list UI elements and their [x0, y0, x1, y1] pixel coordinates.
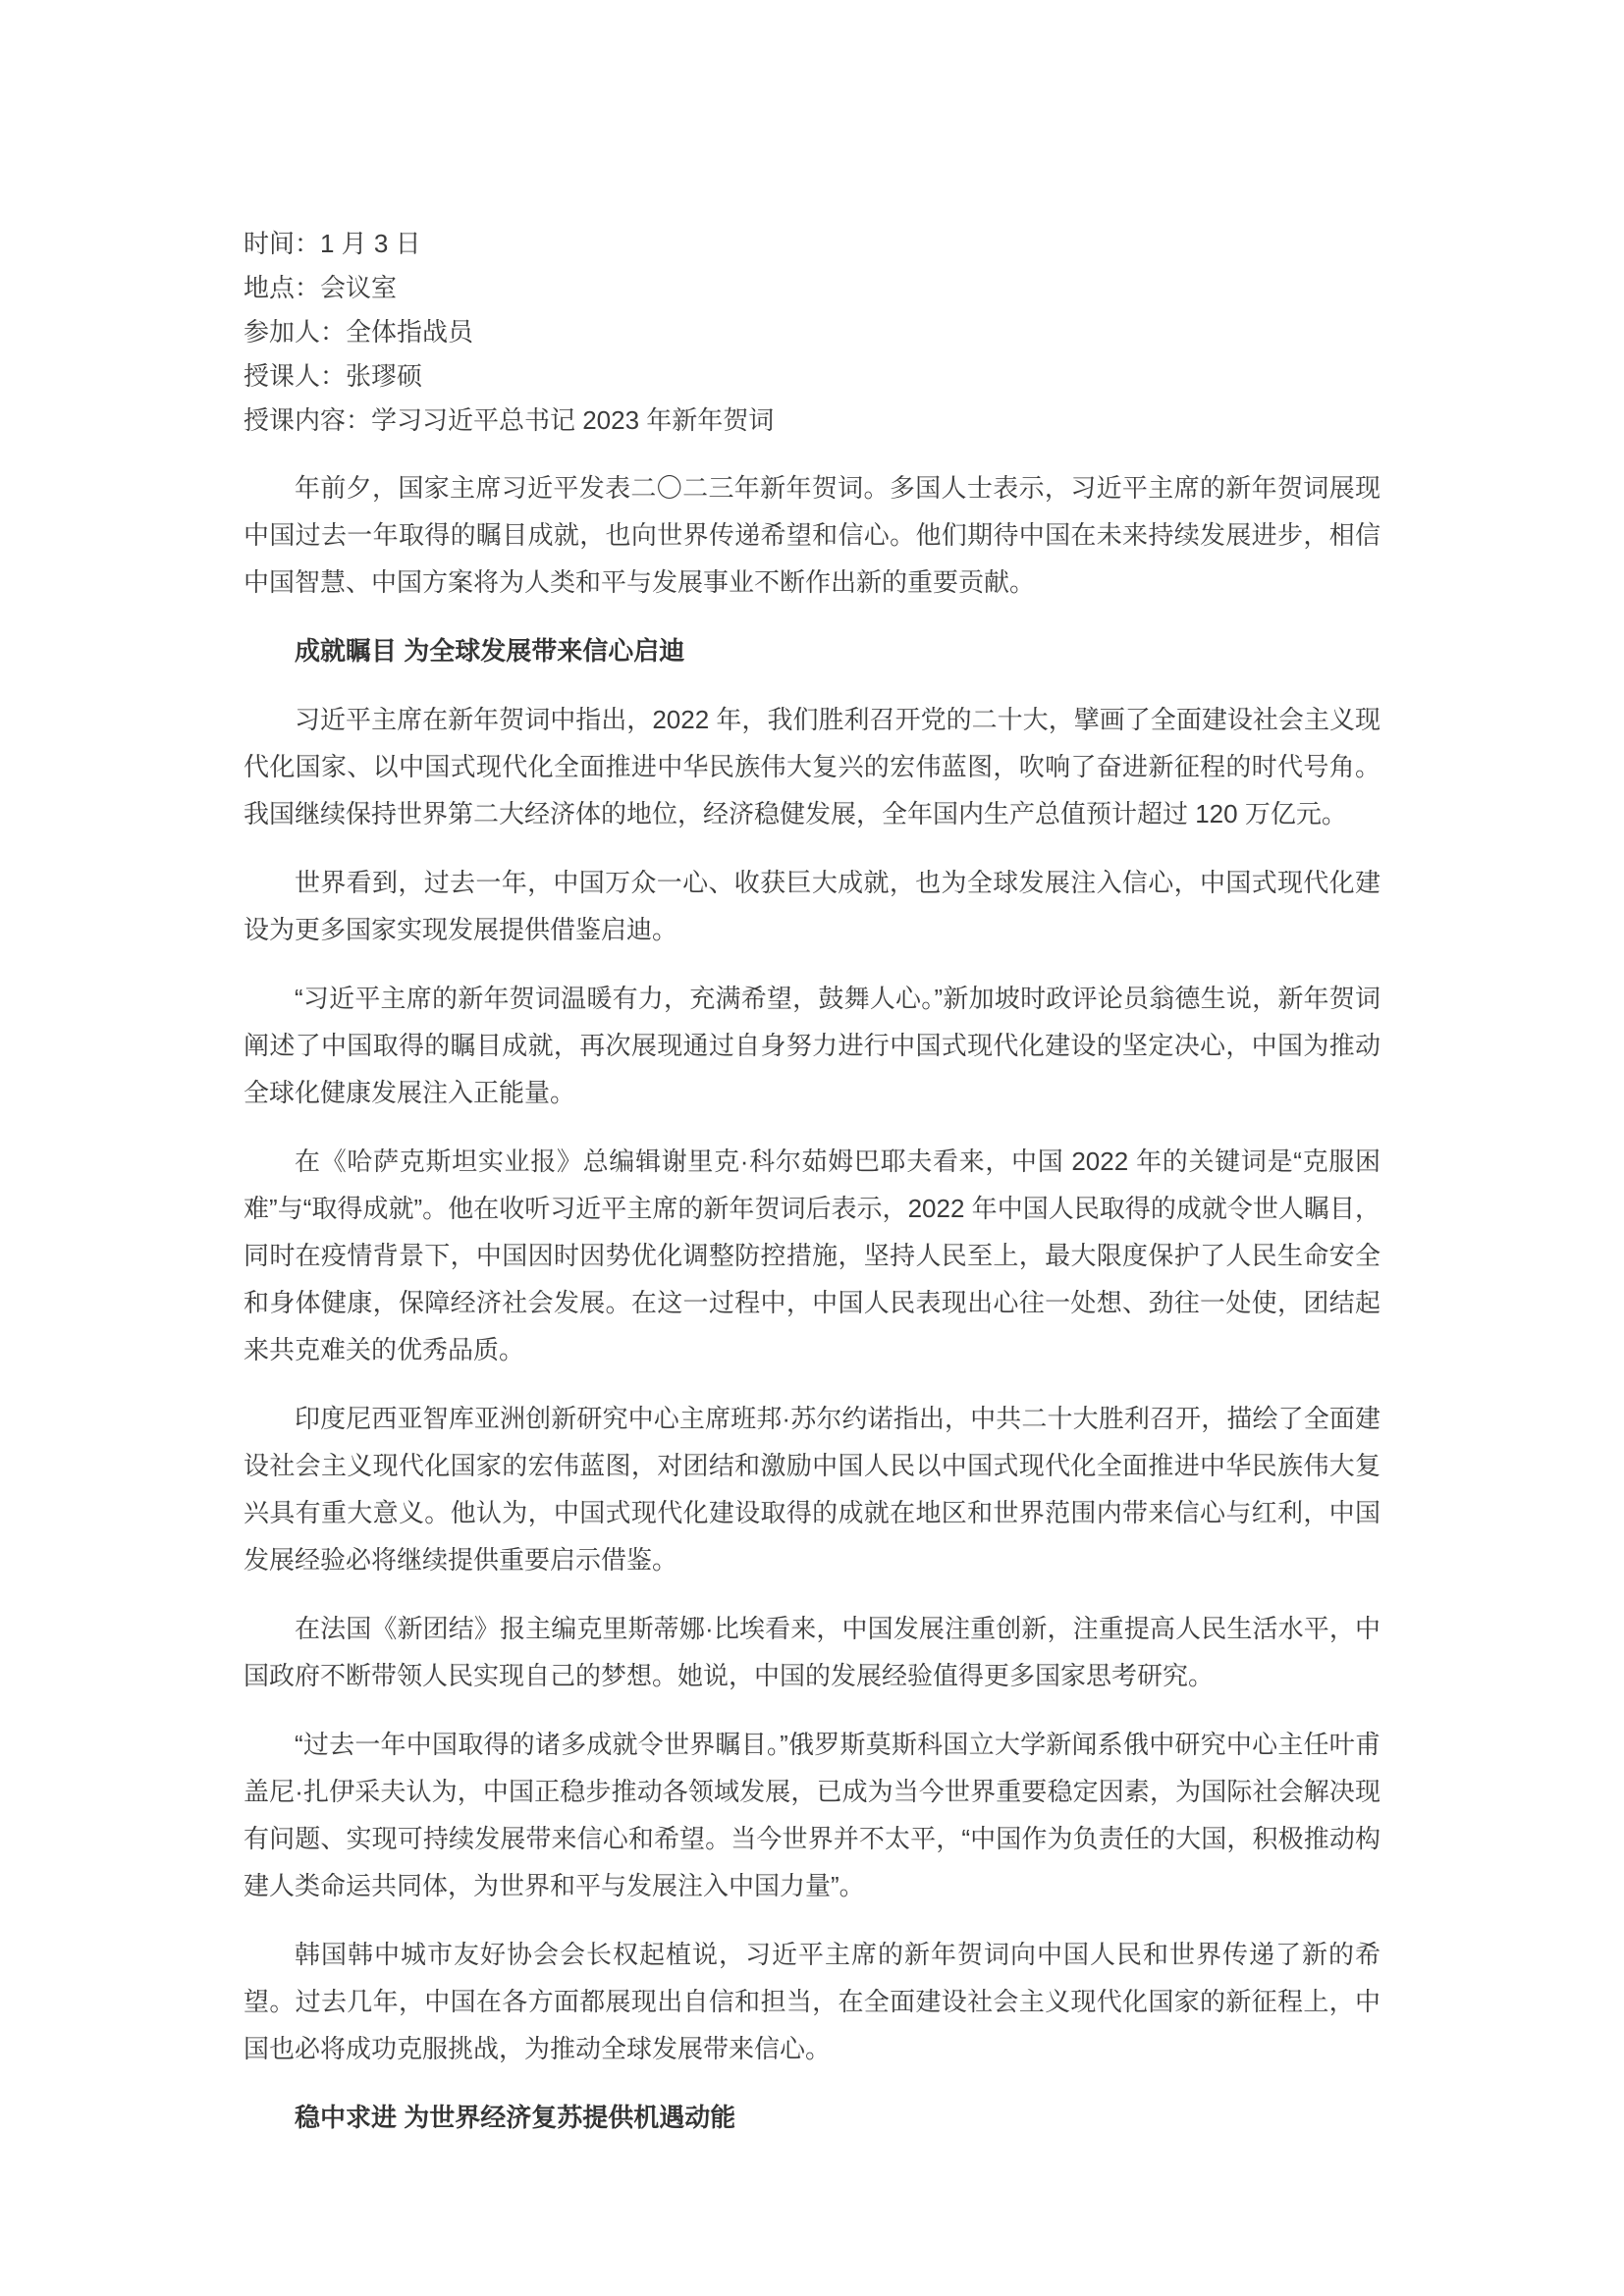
paragraph: 年前夕，国家主席习近平发表二〇二三年新年贺词。多国人士表示，习近平主席的新年贺词… — [244, 464, 1380, 606]
paragraph: 世界看到，过去一年，中国万众一心、收获巨大成就，也为全球发展注入信心，中国式现代… — [244, 859, 1380, 953]
paragraph: 韩国韩中城市友好协会会长权起植说，习近平主席的新年贺词向中国人民和世界传递了新的… — [244, 1931, 1380, 2072]
section-heading: 稳中求进 为世界经济复苏提供机遇动能 — [244, 2094, 1380, 2141]
meta-line: 参加人：全体指战员 — [244, 310, 1380, 354]
meta-line: 时间：1 月 3 日 — [244, 222, 1380, 266]
paragraph: 在《哈萨克斯坦实业报》总编辑谢里克·科尔茹姆巴耶夫看来，中国 2022 年的关键… — [244, 1138, 1380, 1373]
paragraph: “习近平主席的新年贺词温暖有力，充满希望，鼓舞人心。”新加坡时政评论员翁德生说，… — [244, 975, 1380, 1116]
paragraph: 在法国《新团结》报主编克里斯蒂娜·比埃看来，中国发展注重创新，注重提高人民生活水… — [244, 1605, 1380, 1699]
meta-line: 授课人：张璆硕 — [244, 354, 1380, 399]
meta-line: 授课内容：学习习近平总书记 2023 年新年贺词 — [244, 399, 1380, 443]
paragraph: 习近平主席在新年贺词中指出，2022 年，我们胜利召开党的二十大，擘画了全面建设… — [244, 696, 1380, 837]
meta-line: 地点：会议室 — [244, 266, 1380, 310]
paragraph: 印度尼西亚智库亚洲创新研究中心主席班邦·苏尔约诺指出，中共二十大胜利召开，描绘了… — [244, 1395, 1380, 1583]
paragraph: “过去一年中国取得的诸多成就令世界瞩目。”俄罗斯莫斯科国立大学新闻系俄中研究中心… — [244, 1721, 1380, 1909]
document-body: 年前夕，国家主席习近平发表二〇二三年新年贺词。多国人士表示，习近平主席的新年贺词… — [244, 464, 1380, 2141]
section-heading: 成就瞩目 为全球发展带来信心启迪 — [244, 627, 1380, 674]
document-page: 时间：1 月 3 日地点：会议室参加人：全体指战员授课人：张璆硕授课内容：学习习… — [0, 0, 1624, 2296]
meta-block: 时间：1 月 3 日地点：会议室参加人：全体指战员授课人：张璆硕授课内容：学习习… — [244, 222, 1380, 443]
